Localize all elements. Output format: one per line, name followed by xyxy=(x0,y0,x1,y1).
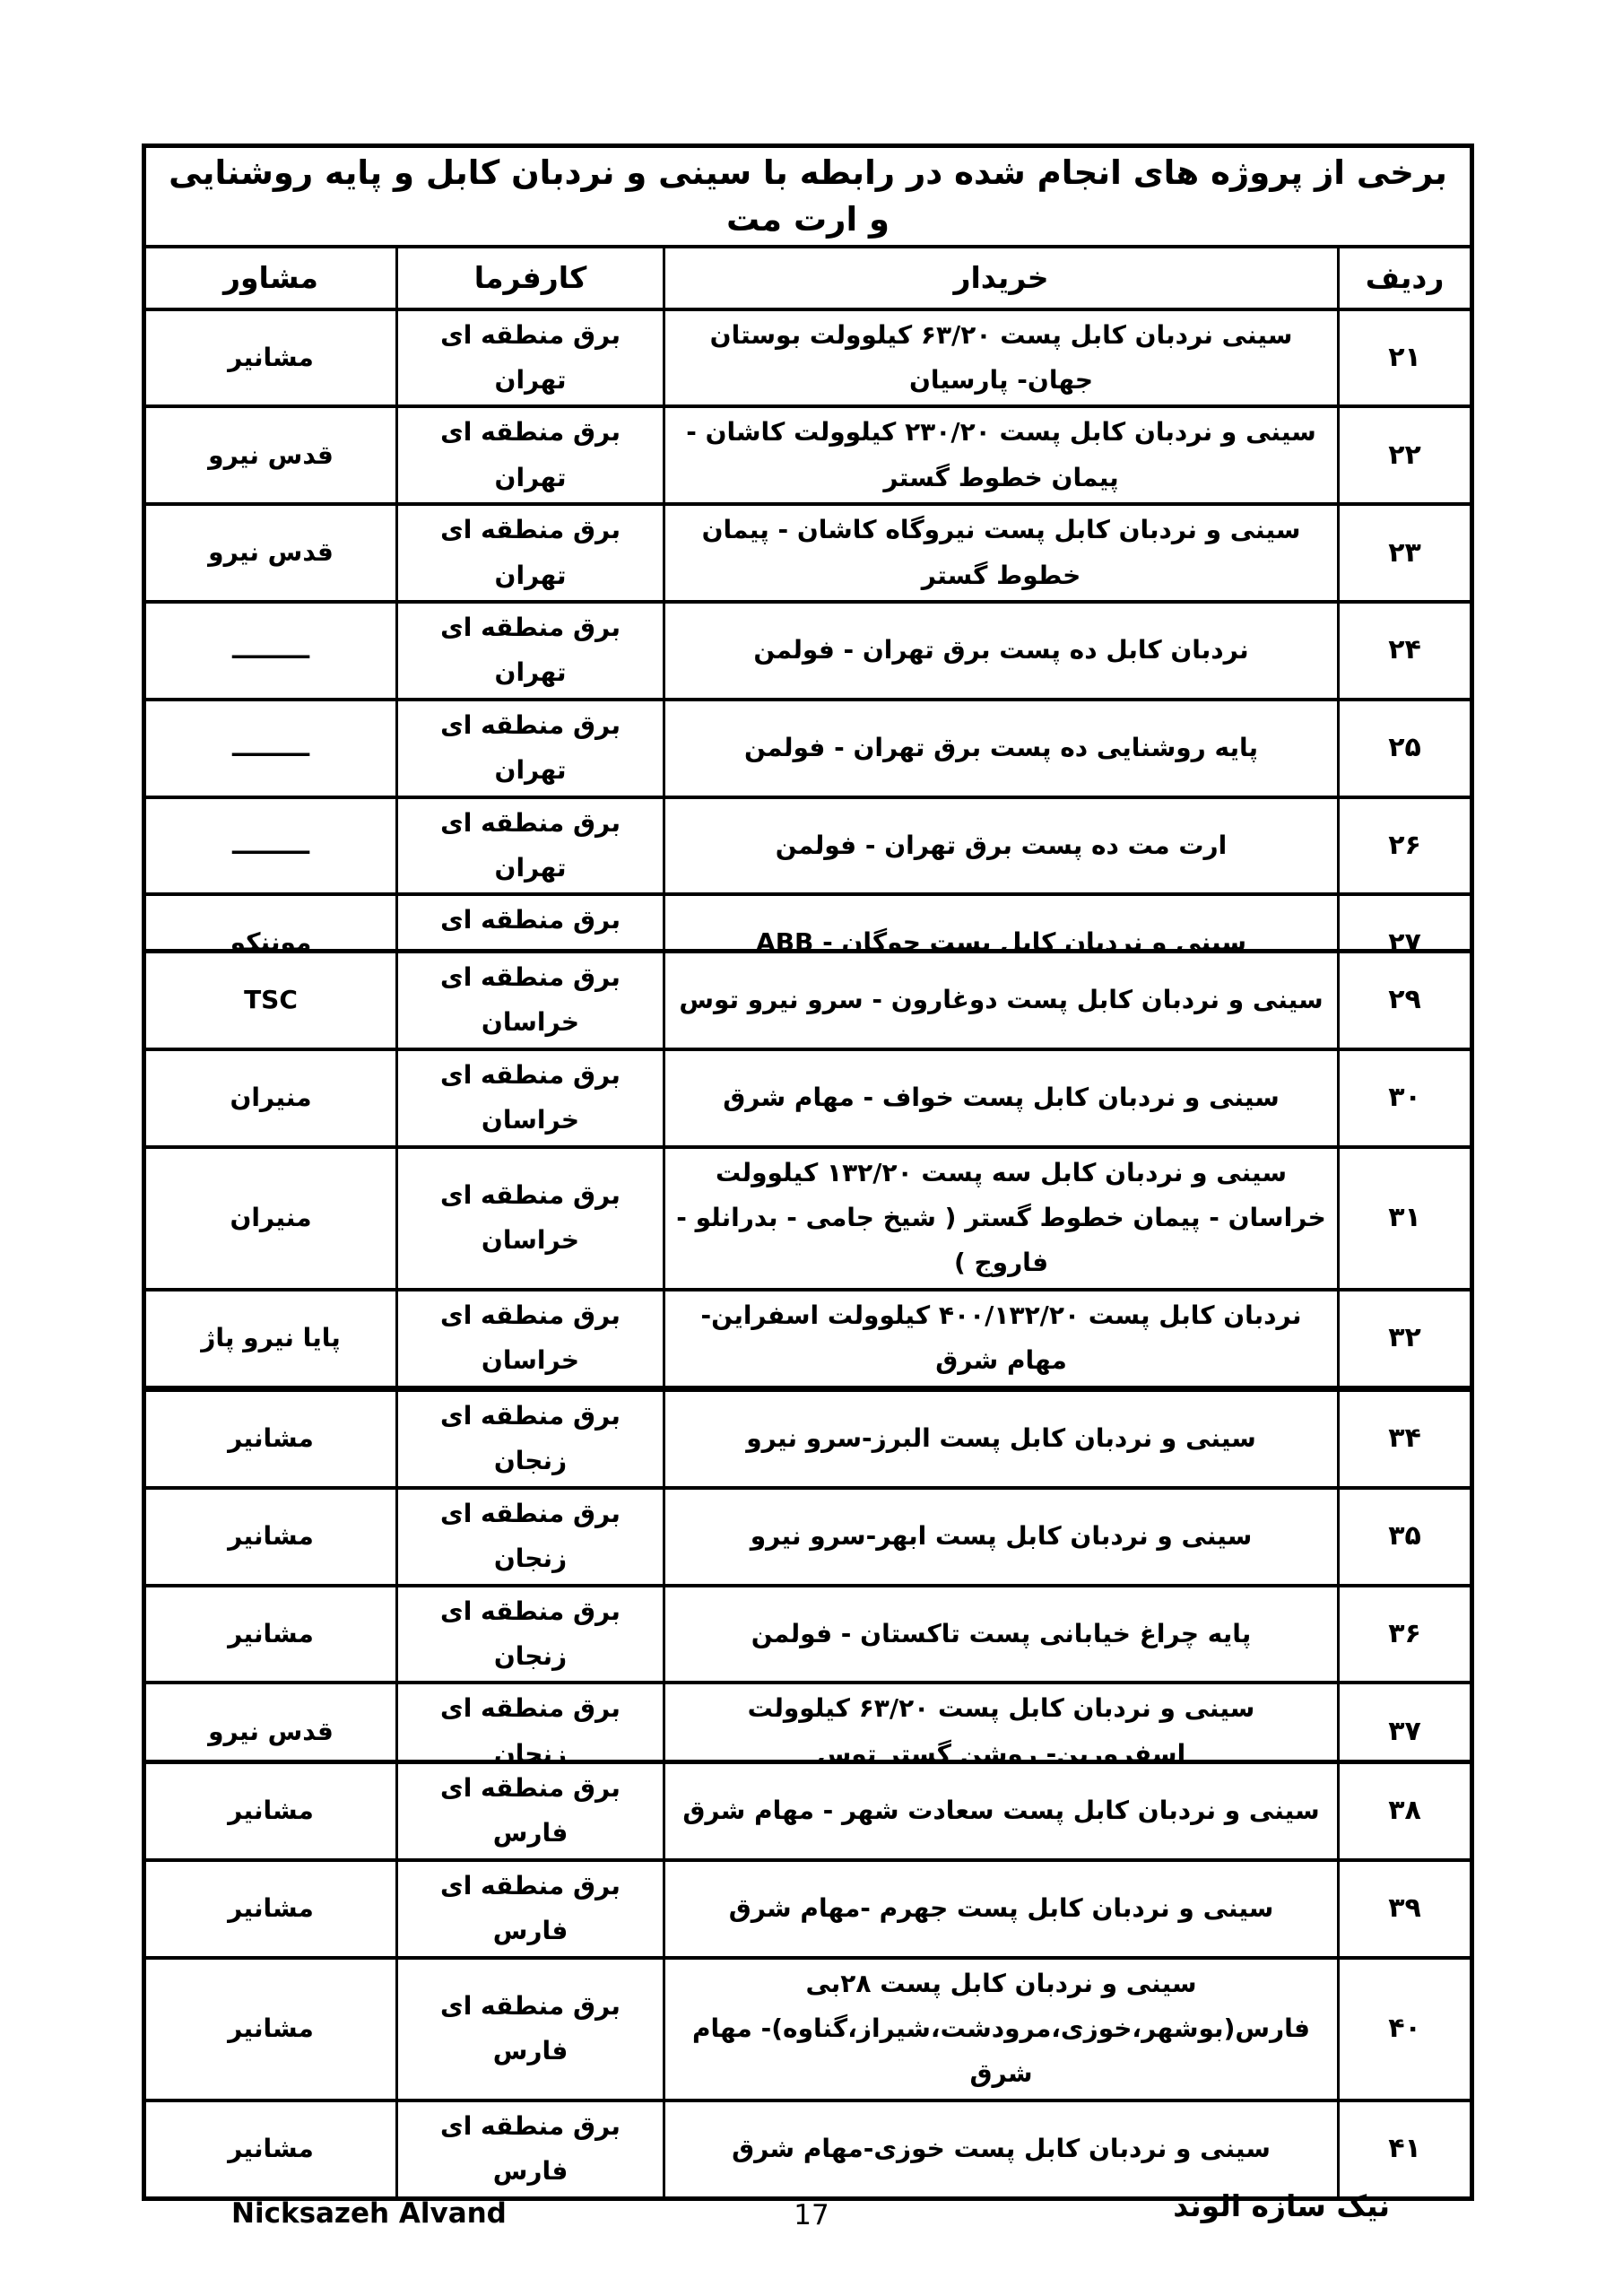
row-no: ۳۴ xyxy=(1339,1390,1472,1488)
buyer-cell: سینی و نردبان کابل پست البرز-سرو نیرو xyxy=(664,1390,1339,1488)
employer-cell: برق منطقه ای تهران xyxy=(397,797,664,895)
employer-cell: برق منطقه ای فارس xyxy=(397,2100,664,2198)
table-row: ۲۴ نردبان کابل ده پست برق تهران - فولمن … xyxy=(144,602,1472,700)
col-header-employer: کارفرما xyxy=(397,247,664,309)
buyer-cell: سینی نردبان کابل پست ۶۳/۲۰ کیلوولت بوستا… xyxy=(664,309,1339,407)
table-row: ۴۰ سینی و نردبان کابل پست ۲۸بی فارس(بوشه… xyxy=(144,1958,1472,2100)
table-title: برخی از پروژه های انجام شده در رابطه با … xyxy=(144,146,1472,247)
consultant-cell: مشانیر xyxy=(144,1390,397,1488)
employer-cell: برق منطقه ای تهران xyxy=(397,602,664,700)
title-row: برخی از پروژه های انجام شده در رابطه با … xyxy=(144,146,1472,247)
buyer-cell: نردبان کابل ده پست برق تهران - فولمن xyxy=(664,602,1339,700)
consultant-cell: مشانیر xyxy=(144,1860,397,1958)
employer-cell: برق منطقه ای خراسان xyxy=(397,1290,664,1387)
row-no: ۳۸ xyxy=(1339,1762,1472,1860)
buyer-cell: نردبان کابل پست ۴۰۰/۱۳۲/۲۰ کیلوولت اسفرا… xyxy=(664,1290,1339,1387)
buyer-cell: سینی و نردبان کابل پست خواف - مهام شرق xyxy=(664,1049,1339,1147)
buyer-cell: سینی و نردبان کابل پست خوزی-مهام شرق xyxy=(664,2100,1339,2198)
col-header-consultant: مشاور xyxy=(144,247,397,309)
table-row: ۳۴ سینی و نردبان کابل پست البرز-سرو نیرو… xyxy=(144,1390,1472,1488)
table-row: ۲۵ پایه روشنایی ده پست برق تهران - فولمن… xyxy=(144,700,1472,797)
projects-table-zanjan: ۳۴ سینی و نردبان کابل پست البرز-سرو نیرو… xyxy=(142,1387,1474,1783)
footer-company-persian: نیک سازه الوند xyxy=(1173,2188,1390,2223)
consultant-cell: مشانیر xyxy=(144,1762,397,1860)
document-page: برخی از پروژه های انجام شده در رابطه با … xyxy=(0,0,1623,2296)
buyer-cell: ارت مت ده پست برق تهران - فولمن xyxy=(664,797,1339,895)
buyer-cell: سینی و نردبان کابل پست ۲۳۰/۲۰ کیلوولت کا… xyxy=(664,406,1339,504)
consultant-cell: منیران xyxy=(144,1049,397,1147)
row-no: ۲۱ xyxy=(1339,309,1472,407)
table-row: ۲۱ سینی نردبان کابل پست ۶۳/۲۰ کیلوولت بو… xyxy=(144,309,1472,407)
table-row: ۳۸ سینی و نردبان کابل پست سعادت شهر - مه… xyxy=(144,1762,1472,1860)
consultant-cell: مشانیر xyxy=(144,1586,397,1683)
employer-cell: برق منطقه ای زنجان xyxy=(397,1390,664,1488)
buyer-cell: سینی و نردبان کابل پست نیروگاه کاشان - پ… xyxy=(664,504,1339,602)
buyer-cell: پایه چراغ خیابانی پست تاکستان - فولمن xyxy=(664,1586,1339,1683)
employer-cell: برق منطقه ای خراسان xyxy=(397,1147,664,1290)
table-row: ۳۶ پایه چراغ خیابانی پست تاکستان - فولمن… xyxy=(144,1586,1472,1683)
buyer-cell: سینی و نردبان کابل سه پست ۱۳۲/۲۰ کیلوولت… xyxy=(664,1147,1339,1290)
employer-cell: برق منطقه ای تهران xyxy=(397,406,664,504)
consultant-cell: ـــــــــ xyxy=(144,797,397,895)
row-no: ۲۶ xyxy=(1339,797,1472,895)
employer-cell: برق منطقه ای فارس xyxy=(397,1762,664,1860)
row-no: ۳۶ xyxy=(1339,1586,1472,1683)
row-no: ۴۱ xyxy=(1339,2100,1472,2198)
row-no: ۲۵ xyxy=(1339,700,1472,797)
table-row: ۳۰ سینی و نردبان کابل پست خواف - مهام شر… xyxy=(144,1049,1472,1147)
buyer-cell: سینی و نردبان کابل پست دوغارون - سرو نیر… xyxy=(664,952,1339,1049)
consultant-cell: مشانیر xyxy=(144,1958,397,2100)
table-row: ۲۹ سینی و نردبان کابل پست دوغارون - سرو … xyxy=(144,952,1472,1049)
row-no: ۳۱ xyxy=(1339,1147,1472,1290)
row-no: ۲۴ xyxy=(1339,602,1472,700)
row-no: ۲۳ xyxy=(1339,504,1472,602)
table-row: ۲۳ سینی و نردبان کابل پست نیروگاه کاشان … xyxy=(144,504,1472,602)
table-row: ۳۲ نردبان کابل پست ۴۰۰/۱۳۲/۲۰ کیلوولت اس… xyxy=(144,1290,1472,1387)
buyer-cell: سینی و نردبان کابل پست جهرم -مهام شرق xyxy=(664,1860,1339,1958)
consultant-cell: قدس نیرو xyxy=(144,406,397,504)
table-row: ۲۲ سینی و نردبان کابل پست ۲۳۰/۲۰ کیلوولت… xyxy=(144,406,1472,504)
consultant-cell: قدس نیرو xyxy=(144,504,397,602)
employer-cell: برق منطقه ای زنجان xyxy=(397,1586,664,1683)
row-no: ۳۵ xyxy=(1339,1488,1472,1586)
buyer-cell: سینی و نردبان کابل پست ابهر-سرو نیرو xyxy=(664,1488,1339,1586)
consultant-cell: مشانیر xyxy=(144,1488,397,1586)
consultant-cell: ـــــــــ xyxy=(144,602,397,700)
col-header-buyer: خریدار xyxy=(664,247,1339,309)
employer-cell: برق منطقه ای فارس xyxy=(397,1860,664,1958)
row-no: ۲۲ xyxy=(1339,406,1472,504)
projects-table-fars: ۳۸ سینی و نردبان کابل پست سعادت شهر - مه… xyxy=(142,1760,1474,2201)
table-row: ۳۹ سینی و نردبان کابل پست جهرم -مهام شرق… xyxy=(144,1860,1472,1958)
consultant-cell: مشانیر xyxy=(144,309,397,407)
buyer-cell: پایه روشنایی ده پست برق تهران - فولمن xyxy=(664,700,1339,797)
employer-cell: برق منطقه ای زنجان xyxy=(397,1488,664,1586)
table-row: ۳۵ سینی و نردبان کابل پست ابهر-سرو نیرو … xyxy=(144,1488,1472,1586)
row-no: ۳۲ xyxy=(1339,1290,1472,1387)
employer-cell: برق منطقه ای خراسان xyxy=(397,1049,664,1147)
table-row: ۴۱ سینی و نردبان کابل پست خوزی-مهام شرق … xyxy=(144,2100,1472,2198)
buyer-cell: سینی و نردبان کابل پست سعادت شهر - مهام … xyxy=(664,1762,1339,1860)
consultant-cell: TSC xyxy=(144,952,397,1049)
employer-cell: برق منطقه ای تهران xyxy=(397,700,664,797)
buyer-cell: سینی و نردبان کابل پست ۲۸بی فارس(بوشهر،خ… xyxy=(664,1958,1339,2100)
consultant-cell: منیران xyxy=(144,1147,397,1290)
col-header-row-no: ردیف xyxy=(1339,247,1472,309)
employer-cell: برق منطقه ای خراسان xyxy=(397,952,664,1049)
employer-cell: برق منطقه ای تهران xyxy=(397,504,664,602)
consultant-cell: مشانیر xyxy=(144,2100,397,2198)
row-no: ۳۹ xyxy=(1339,1860,1472,1958)
employer-cell: برق منطقه ای فارس xyxy=(397,1958,664,2100)
header-row: ردیف خریدار کارفرما مشاور xyxy=(144,247,1472,309)
consultant-cell: پایا نیرو پاژ xyxy=(144,1290,397,1387)
table-row: ۲۶ ارت مت ده پست برق تهران - فولمن برق م… xyxy=(144,797,1472,895)
consultant-cell: ـــــــــ xyxy=(144,700,397,797)
row-no: ۳۰ xyxy=(1339,1049,1472,1147)
employer-cell: برق منطقه ای تهران xyxy=(397,309,664,407)
table-row: ۳۱ سینی و نردبان کابل سه پست ۱۳۲/۲۰ کیلو… xyxy=(144,1147,1472,1290)
row-no: ۴۰ xyxy=(1339,1958,1472,2100)
row-no: ۲۹ xyxy=(1339,952,1472,1049)
